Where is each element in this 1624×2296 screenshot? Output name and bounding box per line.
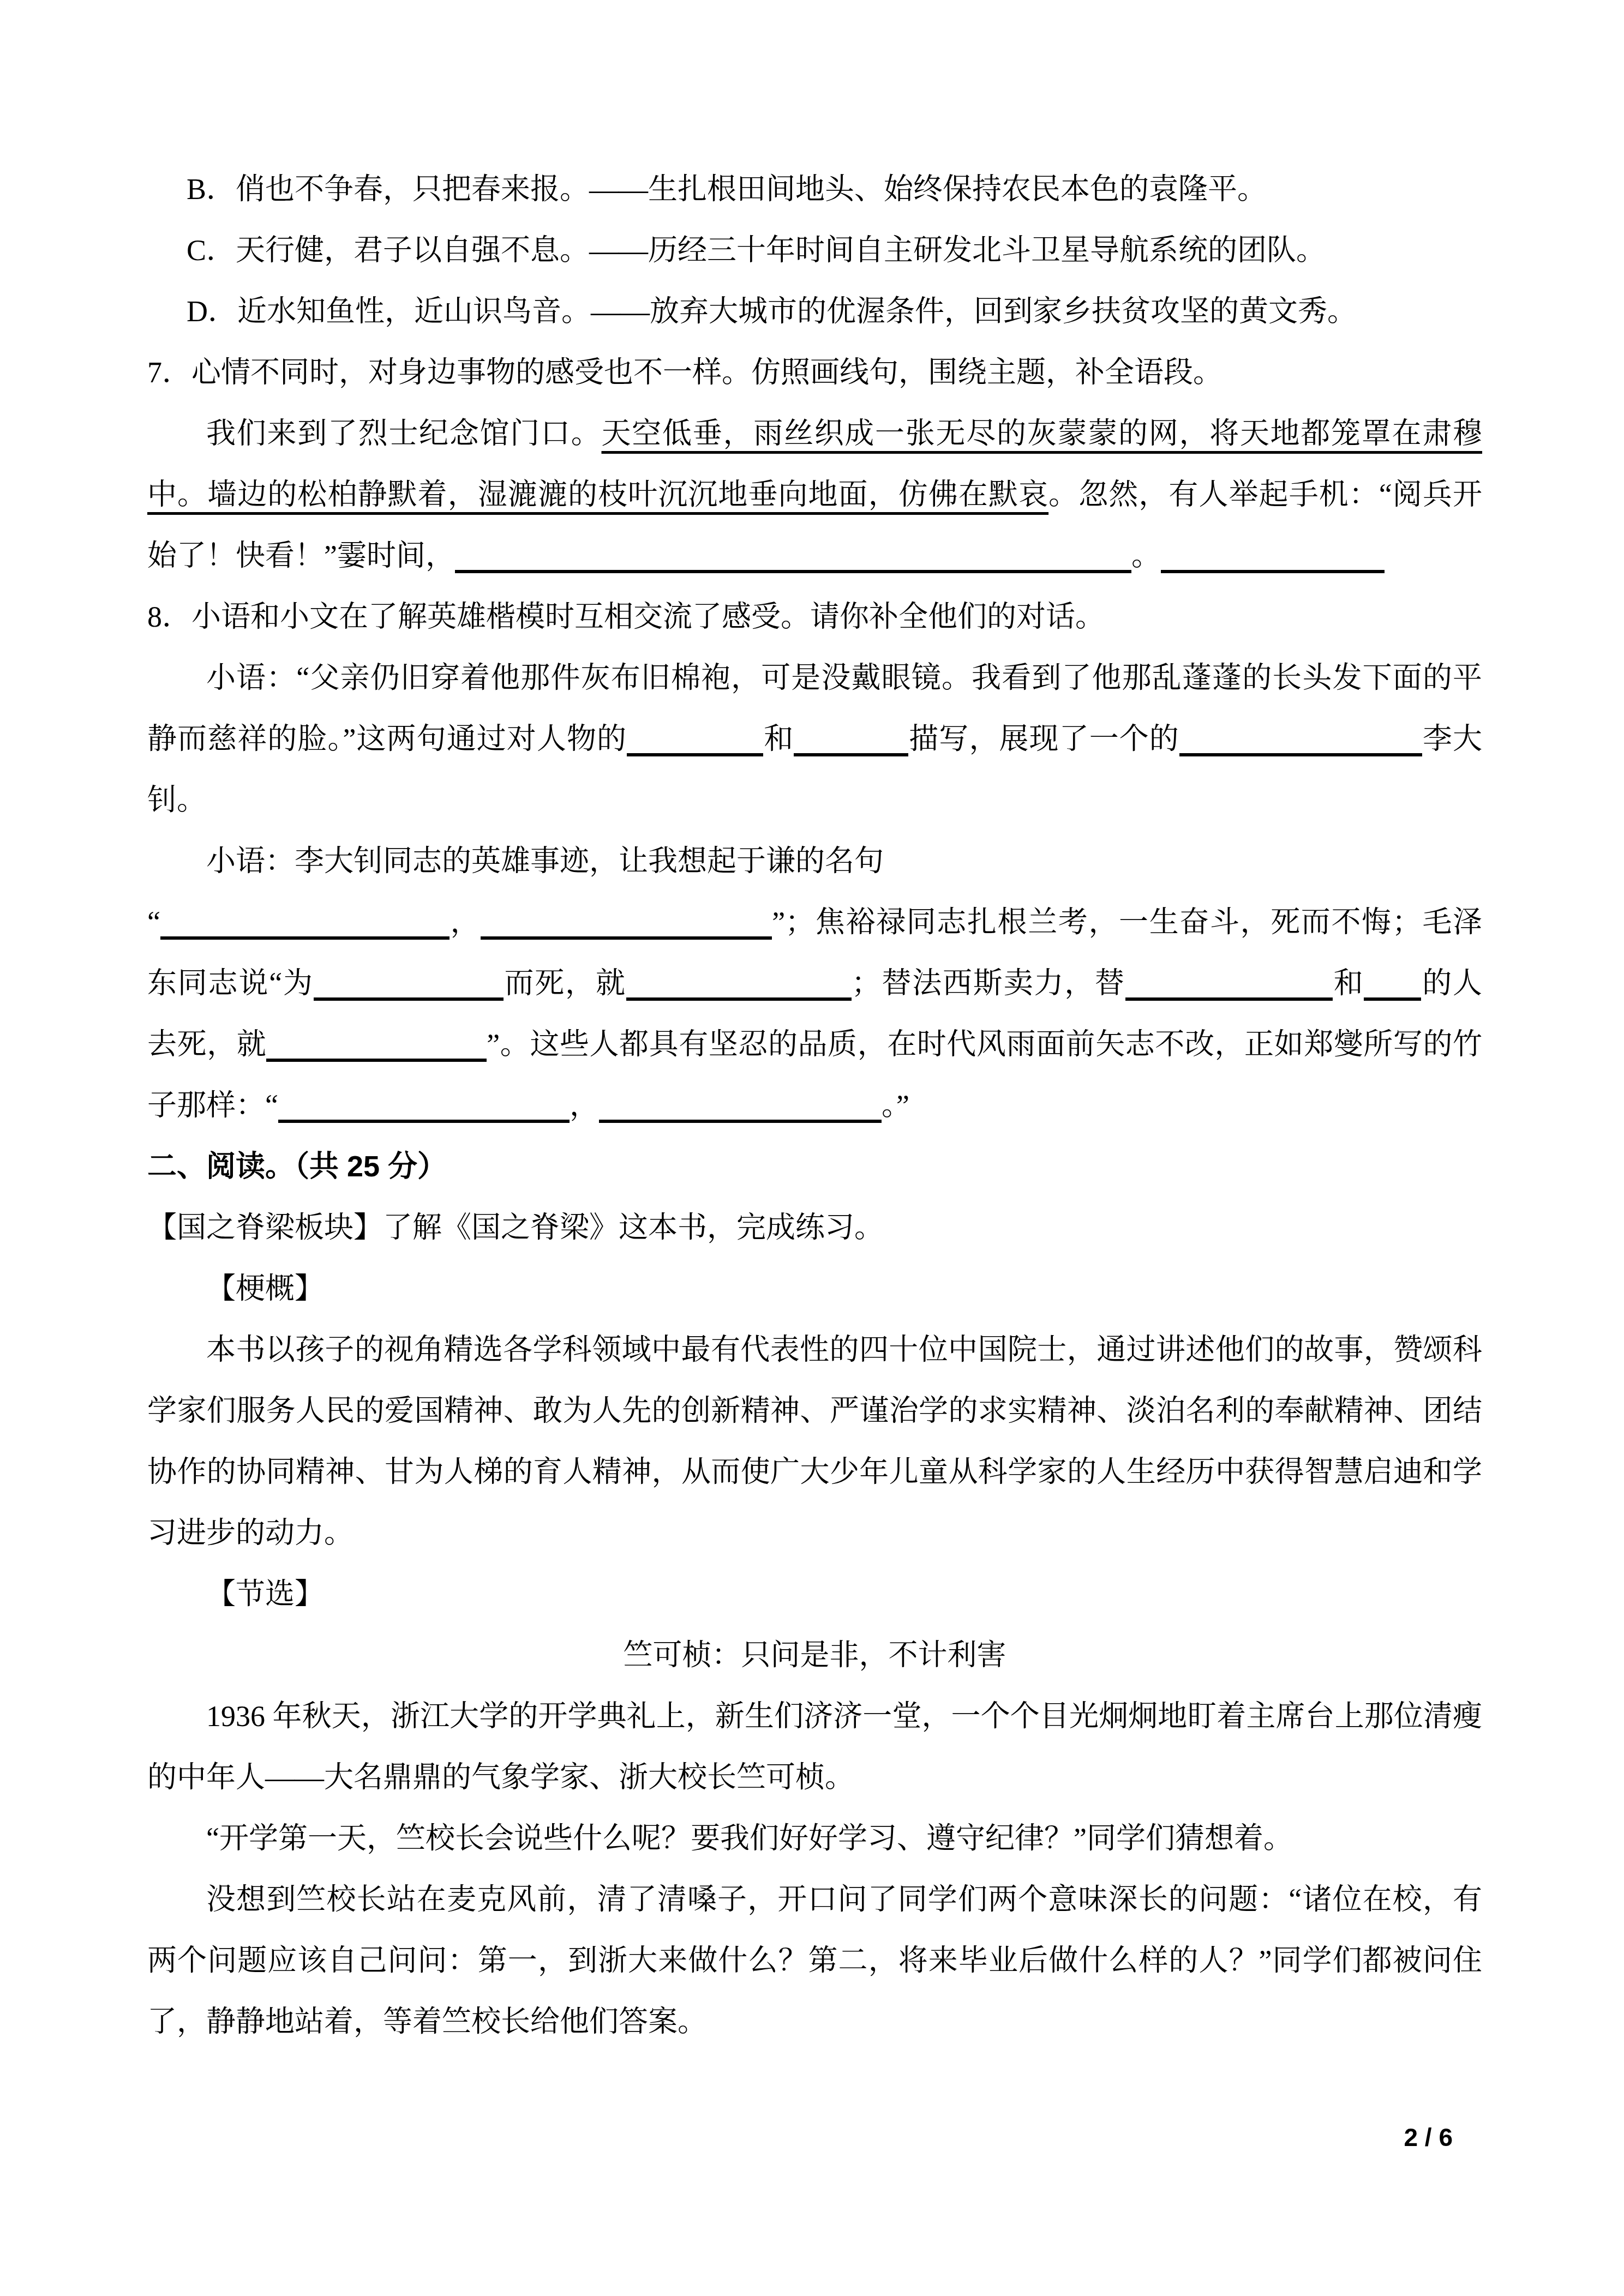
answer-blank [455, 570, 1131, 573]
answer-blank [481, 936, 772, 940]
answer-blank [626, 997, 852, 1001]
excerpt-label: 【节选】 [147, 1564, 1482, 1625]
text-run: “开学第一天，竺校长会说些什么呢？要我们好好学习、遵守纪律？”同学们猜想着。 [206, 1822, 1293, 1855]
question-8-stem: 8．小语和小文在了解英雄楷模时互相交流了感受。请你补全他们的对话。 [147, 586, 1482, 647]
question-8-dialog-3: “，”；焦裕禄同志扎根兰考，一生奋斗，死而不悔；毛泽东同志说“为而死，就；替法西… [147, 892, 1482, 1136]
text-run: “ [147, 906, 160, 939]
text-run: C．天行健，君子以自强不息。——历经三十年时间自主研发北斗卫星导航系统的团队。 [187, 234, 1326, 267]
answer-blank [1161, 570, 1385, 573]
page-number: 2 / 6 [1404, 2125, 1453, 2150]
answer-blank [1364, 997, 1421, 1001]
text-run: 和 [1333, 967, 1364, 1000]
answer-blank [794, 753, 908, 756]
text-run: 7．心情不同时，对身边事物的感受也不一样。仿照画线句，围绕主题，补全语段。 [147, 356, 1223, 389]
synopsis-label: 【梗概】 [147, 1258, 1482, 1319]
text-run: 没想到竺校长站在麦克风前，清了清嗓子，开口问了同学们两个意味深长的问题：“诸位在… [147, 1883, 1482, 2038]
text-run: 竺可桢：只问是非，不计利害 [624, 1639, 1006, 1672]
text-run: 二、阅读。（共 25 分） [147, 1150, 447, 1183]
text-run: 【梗概】 [206, 1272, 324, 1305]
excerpt-para-1: 1936 年秋天，浙江大学的开学典礼上，新生们济济一堂，一个个目光炯炯地盯着主席… [147, 1686, 1482, 1808]
option-d: D．近水知鱼性，近山识鸟音。——放弃大城市的优渥条件，回到家乡扶贫攻坚的黄文秀。 [147, 281, 1482, 342]
text-run: ， [570, 1089, 599, 1122]
text-run: 和 [763, 723, 794, 755]
question-8-dialog-2: 小语：李大钊同志的英雄事迹，让我想起于谦的名句 [147, 831, 1482, 892]
answer-blank [266, 1059, 487, 1062]
text-run: ， [450, 906, 481, 939]
document-body: B．俏也不争春，只把春来报。——生扎根田间地头、始终保持农民本色的袁隆平。C．天… [147, 159, 1482, 2052]
text-run: 【国之脊梁板块】了解《国之脊梁》这本书，完成练习。 [147, 1211, 884, 1244]
question-8-dialog-1: 小语：“父亲仍旧穿着他那件灰布旧棉袍，可是没戴眼镜。我看到了他那乱蓬蓬的长头发下… [147, 647, 1482, 831]
answer-blank [1125, 997, 1333, 1001]
question-7-stem: 7．心情不同时，对身边事物的感受也不一样。仿照画线句，围绕主题，补全语段。 [147, 342, 1482, 403]
answer-blank [627, 753, 763, 756]
text-run: 小语：“父亲仍旧穿着他那件灰布旧棉袍，可是没戴眼镜。我看到了他那乱蓬蓬的长头发下… [147, 662, 1482, 755]
answer-blank [599, 1120, 882, 1123]
text-run: 。” [882, 1089, 909, 1122]
text-run: 【节选】 [206, 1578, 324, 1610]
section-2-heading: 二、阅读。（共 25 分） [147, 1136, 1482, 1197]
module-intro: 【国之脊梁板块】了解《国之脊梁》这本书，完成练习。 [147, 1197, 1482, 1258]
excerpt-para-2: “开学第一天，竺校长会说些什么呢？要我们好好学习、遵守纪律？”同学们猜想着。 [147, 1808, 1482, 1869]
text-run: 描写，展现了一个的 [908, 723, 1179, 755]
text-run: 小语：李大钊同志的英雄事迹，让我想起于谦的名句 [206, 845, 884, 877]
excerpt-para-3: 没想到竺校长站在麦克风前，清了清嗓子，开口问了同学们两个意味深长的问题：“诸位在… [147, 1869, 1482, 2052]
text-run: D．近水知鱼性，近山识鸟音。——放弃大城市的优渥条件，回到家乡扶贫攻坚的黄文秀。 [187, 295, 1357, 328]
answer-blank [314, 997, 504, 1001]
text-run: ”。这些人都具有坚忍的品质，在时代风雨面前矢志不改，正如郑燮所写的竹子那样：“ [147, 1028, 1482, 1122]
answer-blank [278, 1120, 570, 1123]
exam-page: B．俏也不争春，只把春来报。——生扎根田间地头、始终保持农民本色的袁隆平。C．天… [0, 0, 1624, 2296]
text-run: 1936 年秋天，浙江大学的开学典礼上，新生们济济一堂，一个个目光炯炯地盯着主席… [147, 1700, 1482, 1794]
question-7-passage: 我们来到了烈士纪念馆门口。天空低垂，雨丝织成一张无尽的灰蒙蒙的网，将天地都笼罩在… [147, 403, 1482, 586]
text-run: ；替法西斯卖力，替 [852, 967, 1125, 1000]
text-run: 本书以孩子的视角精选各学科领域中最有代表性的四十位中国院士，通过讲述他们的故事，… [147, 1333, 1482, 1549]
option-b: B．俏也不争春，只把春来报。——生扎根田间地头、始终保持农民本色的袁隆平。 [147, 159, 1482, 220]
answer-blank [1179, 753, 1422, 756]
text-run: 。 [1131, 539, 1161, 572]
excerpt-title: 竺可桢：只问是非，不计利害 [147, 1625, 1482, 1686]
synopsis-text: 本书以孩子的视角精选各学科领域中最有代表性的四十位中国院士，通过讲述他们的故事，… [147, 1319, 1482, 1564]
answer-blank [160, 936, 450, 940]
text-run: 我们来到了烈士纪念馆门口。 [206, 417, 602, 450]
text-run: 8．小语和小文在了解英雄楷模时互相交流了感受。请你补全他们的对话。 [147, 600, 1105, 633]
text-run: 而死，就 [504, 967, 626, 1000]
text-run: B．俏也不争春，只把春来报。——生扎根田间地头、始终保持农民本色的袁隆平。 [187, 173, 1267, 206]
option-c: C．天行健，君子以自强不息。——历经三十年时间自主研发北斗卫星导航系统的团队。 [147, 220, 1482, 281]
text-run: ”；焦裕禄同志扎根兰考，一生奋斗，死而不悔；毛泽东同志说“为 [147, 906, 1482, 1000]
